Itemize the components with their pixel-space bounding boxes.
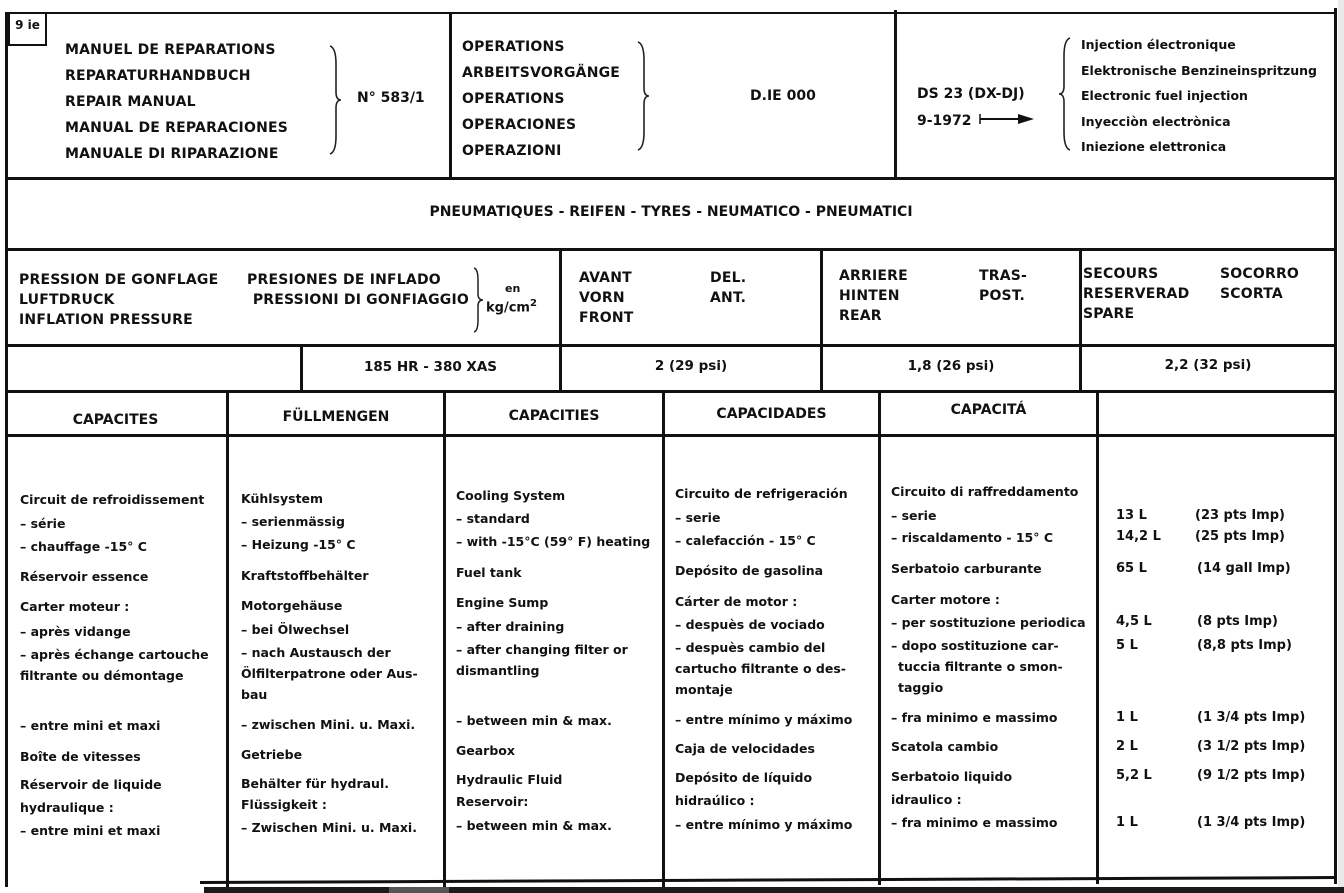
cap-line: Kühlsystem: [241, 491, 323, 506]
page-edge: [1338, 0, 1344, 893]
cap-line: – despuès de vociado: [675, 617, 825, 632]
front-label: FRONT: [579, 308, 634, 328]
spare-pressure-value: 2,2 (32 psi): [1082, 357, 1334, 373]
cap-header-fr: CAPACITES: [5, 412, 226, 428]
subject-titles: Injection électronique Elektronische Ben…: [1081, 32, 1317, 160]
pressure-unit: kg/cm2: [486, 298, 537, 315]
cap-line: Carter moteur :: [20, 599, 129, 614]
cap-line: – per sostituzione periodica: [891, 615, 1086, 630]
rear-label: ARRIERE: [839, 266, 908, 286]
cap-line: Getriebe: [241, 747, 302, 762]
operations-titles: OPERATIONS ARBEITSVORGÄNGE OPERATIONS OP…: [462, 34, 620, 164]
cap-value-litres: 5 L: [1116, 638, 1138, 653]
pressure-label: INFLATION PRESSURE: [19, 310, 218, 330]
cap-value-imperial: (25 pts Imp): [1195, 529, 1285, 544]
cap-value-litres: 4,5 L: [1116, 614, 1152, 629]
cap-line: Carter motore :: [891, 592, 1000, 607]
pressure-label: PRESIONES DE INFLADO: [247, 270, 469, 290]
front-pressure-value: 2 (29 psi): [562, 358, 820, 374]
cap-line: Scatola cambio: [891, 739, 998, 754]
cap-header-it: CAPACITÁ: [881, 402, 1096, 418]
cap-line: Cooling System: [456, 488, 565, 503]
cap-line: – riscaldamento - 15° C: [891, 530, 1053, 545]
right-brace-icon: [472, 266, 484, 334]
tyres-bottom-border: [5, 390, 1337, 393]
cap-line: – serie: [891, 508, 936, 523]
cap-line: – after draining: [456, 619, 564, 634]
cap-line: – zwischen Mini. u. Maxi.: [241, 717, 415, 732]
cap-col-divider-5: [1096, 390, 1099, 884]
cap-line: – après vidange: [20, 624, 131, 639]
cap-line: – between min & max.: [456, 818, 612, 833]
right-brace-icon: [328, 44, 342, 156]
cap-line: Boîte de vitesses: [20, 749, 141, 764]
model-date-text: 9-1972: [917, 113, 972, 129]
cap-line: taggio: [898, 680, 943, 695]
cap-line: – nach Austausch der: [241, 645, 391, 660]
rear-label: HINTEN: [839, 286, 908, 306]
page-tag: 9 ie: [7, 12, 47, 46]
cap-line: – entre mínimo y máximo: [675, 817, 852, 832]
cap-value-litres: 5,2 L: [1116, 768, 1152, 783]
subject-title: Electronic fuel injection: [1081, 83, 1317, 109]
cap-line: tuccia filtrante o smon-: [898, 659, 1063, 674]
cap-line: Cárter de motor :: [675, 594, 797, 609]
operations-title: OPERAZIONI: [462, 138, 620, 164]
cap-line: Reservoir:: [456, 794, 528, 809]
subject-title: Elektronische Benzineinspritzung: [1081, 58, 1317, 84]
cap-col-divider-3: [662, 390, 665, 887]
front-label: AVANT: [579, 268, 634, 288]
cap-line: Ölfilterpatrone oder Aus-: [241, 666, 418, 681]
cap-line: – Heizung -15° C: [241, 537, 356, 552]
frame-left: [5, 12, 8, 887]
pressure-label: PRESSION DE GONFLAGE: [19, 270, 218, 290]
operations-title: ARBEITSVORGÄNGE: [462, 60, 620, 86]
pressure-labels-right: PRESIONES DE INFLADO PRESSIONI DI GONFIA…: [247, 270, 469, 310]
manual-number: N° 583/1: [357, 90, 425, 106]
tyres-title-bottom-border: [5, 248, 1337, 251]
cap-line: Gearbox: [456, 743, 515, 758]
operations-title: OPERACIONES: [462, 112, 620, 138]
cap-value-imperial: (9 1/2 pts Imp): [1197, 768, 1305, 783]
cap-line: Réservoir de liquide: [20, 777, 162, 792]
header-bottom-border: [5, 177, 1337, 180]
cap-header-de: FÜLLMENGEN: [229, 409, 443, 425]
cap-line: – serie: [675, 510, 720, 525]
cap-line: – serienmässig: [241, 514, 345, 529]
frame-right: [1334, 8, 1337, 884]
pressure-unit-sup: 2: [530, 298, 537, 309]
manual-title: REPARATURHANDBUCH: [65, 63, 288, 89]
cap-line: Engine Sump: [456, 595, 548, 610]
cap-line: – entre mínimo y máximo: [675, 712, 852, 727]
cap-line: – calefacción - 15° C: [675, 533, 816, 548]
spare-label: RESERVERAD: [1083, 284, 1189, 304]
cap-value-imperial: (1 3/4 pts Imp): [1197, 815, 1305, 830]
cap-line: Behälter für hydraul.: [241, 776, 389, 791]
cap-value-litres: 13 L: [1116, 508, 1147, 523]
spare-label: SECOURS: [1083, 264, 1189, 284]
cap-line: – with -15°C (59° F) heating: [456, 534, 650, 549]
scrollbar-thumb[interactable]: [389, 887, 449, 893]
cap-line: idraulico :: [891, 792, 962, 807]
spare-label: SOCORRO: [1220, 264, 1299, 284]
cap-line: Caja de velocidades: [675, 741, 815, 756]
front-labels-left: AVANT VORN FRONT: [579, 268, 634, 328]
rear-label: TRAS-: [979, 266, 1027, 286]
tyres-header-bottom-border: [5, 344, 1337, 347]
cap-value-imperial: (23 pts Imp): [1195, 508, 1285, 523]
front-label: DEL.: [710, 268, 746, 288]
spare-labels-left: SECOURS RESERVERAD SPARE: [1083, 264, 1189, 324]
cap-header-en: CAPACITIES: [446, 408, 662, 424]
cap-line: hydraulique :: [20, 800, 114, 815]
model-name: DS 23 (DX-DJ): [917, 86, 1025, 102]
cap-line: Serbatoio carburante: [891, 561, 1042, 576]
front-label: ANT.: [710, 288, 746, 308]
cap-value-imperial: (8 pts Imp): [1197, 614, 1278, 629]
operations-title: OPERATIONS: [462, 34, 620, 60]
cap-value-litres: 65 L: [1116, 561, 1147, 576]
cap-line: cartucho filtrante o des-: [675, 661, 846, 676]
cap-line: Circuito di raffreddamento: [891, 484, 1078, 499]
arrow-right-icon: [978, 112, 1036, 130]
rear-label: POST.: [979, 286, 1027, 306]
cap-line: Flüssigkeit :: [241, 797, 327, 812]
front-labels-right: DEL. ANT.: [710, 268, 746, 308]
pressure-label: PRESSIONI DI GONFIAGGIO: [247, 290, 469, 310]
cap-line: – fra minimo e massimo: [891, 815, 1058, 830]
header-top-border: [5, 12, 1337, 14]
cap-line: – après échange cartouche: [20, 647, 209, 662]
tyre-size: 185 HR - 380 XAS: [302, 359, 559, 375]
cap-line: – entre mini et maxi: [20, 823, 160, 838]
cap-value-imperial: (8,8 pts Imp): [1197, 638, 1292, 653]
rear-labels-right: TRAS- POST.: [979, 266, 1027, 306]
rear-pressure-value: 1,8 (26 psi): [823, 358, 1079, 374]
operation-code: D.IE 000: [750, 88, 816, 104]
horizontal-scrollbar[interactable]: [204, 887, 1344, 893]
pressure-unit-en: en: [505, 282, 520, 295]
cap-value-litres: 1 L: [1116, 815, 1138, 830]
spare-label: SPARE: [1083, 304, 1189, 324]
cap-value-imperial: (14 gall Imp): [1197, 561, 1291, 576]
cap-value-imperial: (1 3/4 pts Imp): [1197, 710, 1305, 725]
cap-line: – Zwischen Mini. u. Maxi.: [241, 820, 417, 835]
pressure-unit-text: kg/cm: [486, 300, 530, 315]
cap-line: Circuito de refrigeración: [675, 486, 848, 501]
subject-title: Injection électronique: [1081, 32, 1317, 58]
cap-line: montaje: [675, 682, 733, 697]
cap-col-divider-4: [878, 390, 881, 885]
operations-title: OPERATIONS: [462, 86, 620, 112]
cap-line: bau: [241, 687, 267, 702]
cap-value-litres: 1 L: [1116, 710, 1138, 725]
cap-line: – despuès cambio del: [675, 640, 825, 655]
header-divider-2: [894, 10, 897, 178]
cap-line: dismantling: [456, 663, 539, 678]
cap-col-divider-1: [226, 390, 229, 887]
pressure-label: LUFTDRUCK: [19, 290, 218, 310]
cap-line: – fra minimo e massimo: [891, 710, 1058, 725]
tyres-section-title: PNEUMATIQUES - REIFEN - TYRES - NEUMATIC…: [5, 204, 1337, 220]
cap-line: – chauffage -15° C: [20, 539, 147, 554]
cap-value-litres: 2 L: [1116, 739, 1138, 754]
manual-title: MANUAL DE REPARACIONES: [65, 115, 288, 141]
cap-line: Hydraulic Fluid: [456, 772, 562, 787]
spare-label: SCORTA: [1220, 284, 1299, 304]
header-divider-1: [449, 12, 452, 178]
rear-label: REAR: [839, 306, 908, 326]
right-brace-icon: [636, 40, 650, 152]
manual-titles: MANUEL DE REPARATIONS REPARATURHANDBUCH …: [65, 37, 288, 167]
pressure-labels-left: PRESSION DE GONFLAGE LUFTDRUCK INFLATION…: [19, 270, 218, 330]
cap-line: Fuel tank: [456, 565, 522, 580]
model-date: 9-1972: [917, 112, 1036, 130]
left-brace-icon: [1058, 36, 1072, 152]
cap-line: Serbatoio liquido: [891, 769, 1012, 784]
page-bottom-border: [200, 876, 1337, 884]
cap-line: – dopo sostituzione car-: [891, 638, 1059, 653]
manual-title: REPAIR MANUAL: [65, 89, 288, 115]
front-label: VORN: [579, 288, 634, 308]
cap-line: – after changing filter or: [456, 642, 628, 657]
cap-line: Motorgehäuse: [241, 598, 342, 613]
cap-line: Réservoir essence: [20, 569, 148, 584]
cap-line: Depósito de líquido: [675, 770, 812, 785]
cap-line: Kraftstoffbehälter: [241, 568, 369, 583]
cap-value-imperial: (3 1/2 pts Imp): [1197, 739, 1305, 754]
cap-line: hidraúlico :: [675, 793, 755, 808]
cap-line: Depósito de gasolina: [675, 563, 823, 578]
cap-value-litres: 14,2 L: [1116, 529, 1161, 544]
rear-labels-left: ARRIERE HINTEN REAR: [839, 266, 908, 326]
cap-line: Circuit de refroidissement: [20, 492, 204, 507]
cap-header-bottom-border: [5, 434, 1337, 437]
cap-line: – série: [20, 516, 65, 531]
cap-line: – entre mini et maxi: [20, 718, 160, 733]
subject-title: Iniezione elettronica: [1081, 134, 1317, 160]
manual-page: 9 ie MANUEL DE REPARATIONS REPARATURHAND…: [0, 0, 1338, 893]
cap-col-divider-2: [443, 390, 446, 887]
manual-title: MANUEL DE REPARATIONS: [65, 37, 288, 63]
subject-title: Inyecciòn electrònica: [1081, 109, 1317, 135]
cap-line: – between min & max.: [456, 713, 612, 728]
cap-line: filtrante ou démontage: [20, 668, 183, 683]
cap-header-es: CAPACIDADES: [665, 406, 878, 422]
manual-title: MANUALE DI RIPARAZIONE: [65, 141, 288, 167]
cap-line: – bei Ölwechsel: [241, 622, 349, 637]
spare-labels-right: SOCORRO SCORTA: [1220, 264, 1299, 304]
cap-line: – standard: [456, 511, 530, 526]
